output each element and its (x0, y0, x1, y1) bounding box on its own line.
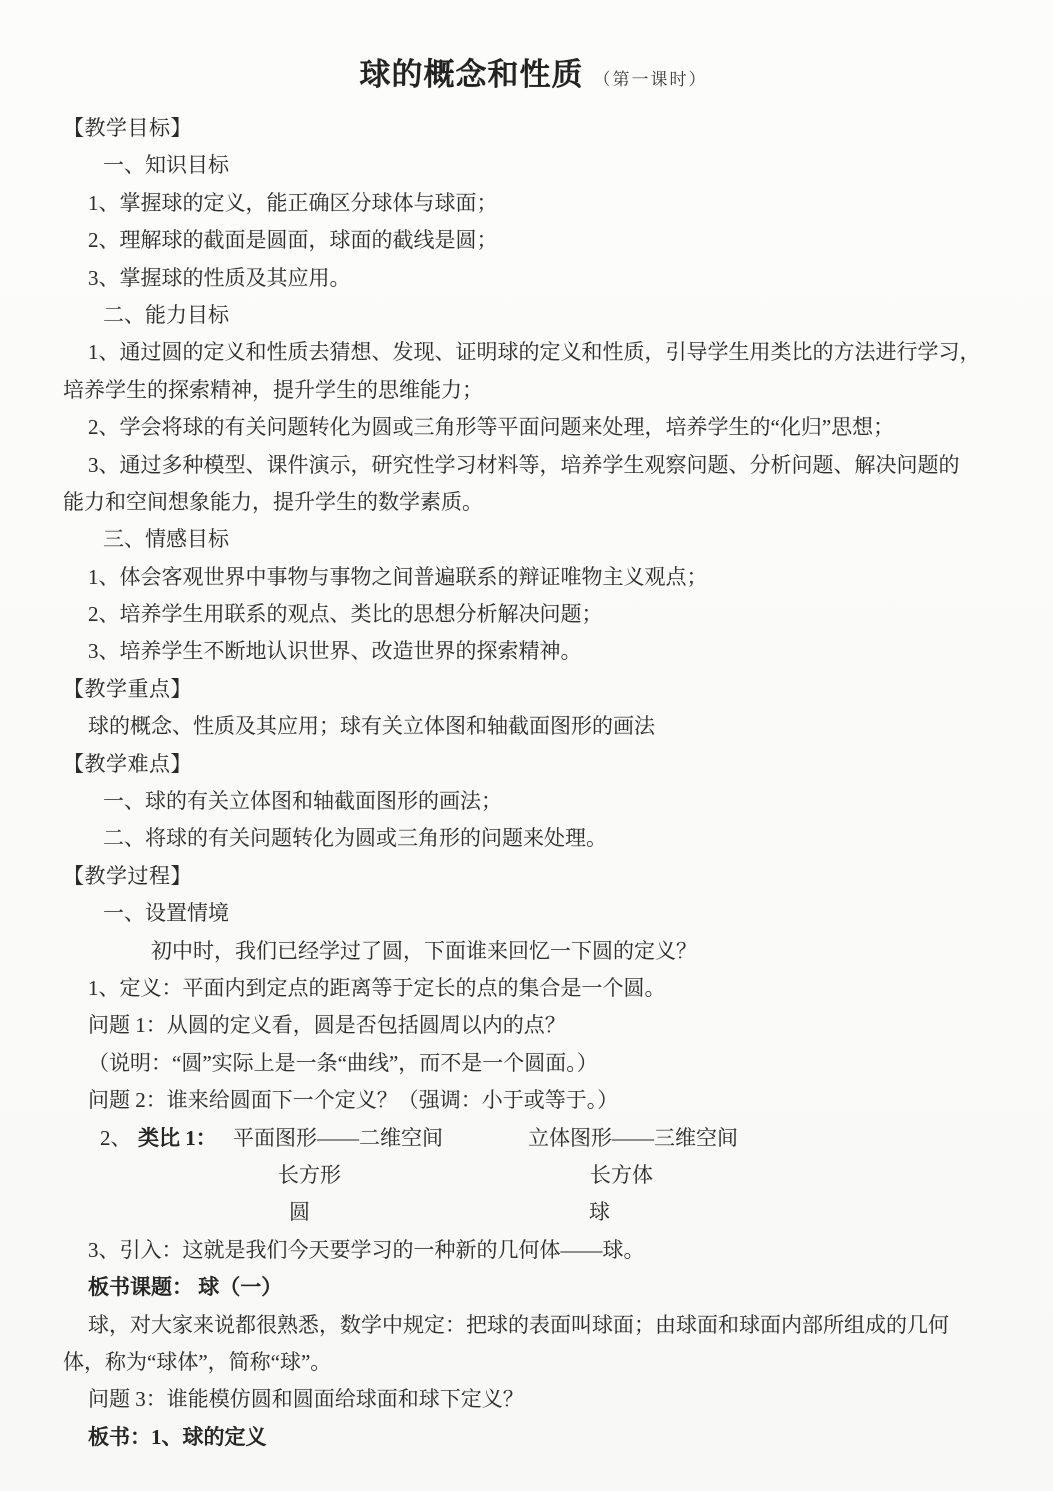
doc-line: 能力和空间想象能力，提升学生的数学素质。 (63, 484, 1005, 521)
doc-line: 初中时，我们已经学过了圆，下面谁来回忆一下圆的定义？ (63, 933, 1005, 970)
question-1-line: 问题 1：从圆的定义看，圆是否包括圆周以内的点？ (63, 1007, 1005, 1044)
analogy-row-rectangle: 长方形 长方体 (63, 1157, 1005, 1194)
subsection-ability-goals: 二、能力目标 (63, 297, 1005, 334)
doc-line: 3、培养学生不断地认识世界、改造世界的探索精神。 (63, 633, 1005, 670)
doc-line: 1、体会客观世界中事物与事物之间普遍联系的辩证唯物主义观点； (63, 559, 1005, 596)
subsection-scene-setting: 一、设置情境 (63, 895, 1005, 932)
circle-definition-line: 1、定义：平面内到定点的距离等于定长的点的集合是一个圆。 (63, 970, 1005, 1007)
doc-line: 1、通过圆的定义和性质去猜想、发现、证明球的定义和性质，引导学生用类比的方法进行… (63, 334, 1005, 371)
blackboard-topic-line: 板书课题： 球（一） (63, 1269, 1005, 1306)
section-header-teaching-difficulties: 【教学难点】 (63, 746, 1005, 783)
analogy-row-circle: 圆 球 (63, 1194, 1005, 1231)
section-header-teaching-objectives: 【教学目标】 (63, 110, 1005, 147)
analogy-solid-item-cuboid: 长方体 (590, 1157, 653, 1194)
doc-line: 2、理解球的截面是圆面，球面的截线是圆； (63, 222, 1005, 259)
analogy-item-number: 2、 (100, 1120, 132, 1157)
blackboard-definition-line: 板书：1、球的定义 (63, 1419, 1005, 1456)
lesson-plan-page: 球的概念和性质（第一课时） 【教学目标】 一、知识目标 1、掌握球的定义，能正确… (0, 0, 1053, 1491)
document-body: 【教学目标】 一、知识目标 1、掌握球的定义，能正确区分球体与球面； 2、理解球… (63, 110, 1005, 1456)
section-header-teaching-process: 【教学过程】 (63, 858, 1005, 895)
document-title: 球的概念和性质 (360, 57, 584, 92)
doc-line: 2、学会将球的有关问题转化为圆或三角形等平面问题来处理，培养学生的“化归”思想； (63, 409, 1005, 446)
doc-line: 培养学生的探索精神，提升学生的思维能力； (63, 372, 1005, 409)
analogy-label: 类比 1： (138, 1120, 217, 1157)
doc-line: 3、引入：这就是我们今天要学习的一种新的几何体——球。 (63, 1232, 1005, 1269)
subsection-emotional-goals: 三、情感目标 (63, 521, 1005, 558)
doc-line: 一、球的有关立体图和轴截面图形的画法； (63, 783, 1005, 820)
doc-line: 体，称为“球体”，简称“球”。 (63, 1344, 1005, 1381)
doc-line: 3、通过多种模型、课件演示，研究性学习材料等，培养学生观察问题、分析问题、解决问… (63, 447, 1005, 484)
section-header-teaching-key-points: 【教学重点】 (63, 671, 1005, 708)
subsection-knowledge-goals: 一、知识目标 (63, 147, 1005, 184)
doc-line: 球的概念、性质及其应用；球有关立体图和轴截面图形的画法 (63, 708, 1005, 745)
doc-line: 球，对大家来说都很熟悉，数学中规定：把球的表面叫球面；由球面和球面内部所组成的几… (63, 1307, 1005, 1344)
title-row: 球的概念和性质（第一课时） (0, 0, 1053, 98)
question-3-line: 问题 3：谁能模仿圆和圆面给球面和球下定义？ (63, 1381, 1005, 1418)
analogy-plane-item-rectangle: 长方形 (278, 1157, 341, 1194)
doc-line: 3、掌握球的性质及其应用。 (63, 260, 1005, 297)
analogy-plane-item-circle: 圆 (289, 1194, 310, 1231)
doc-line: 1、掌握球的定义，能正确区分球体与球面； (63, 185, 1005, 222)
doc-line: 2、培养学生用联系的观点、类比的思想分析解决问题； (63, 596, 1005, 633)
analogy-solid-item-sphere: 球 (589, 1194, 610, 1231)
doc-line: 二、将球的有关问题转化为圆或三角形的问题来处理。 (63, 820, 1005, 857)
question-2-line: 问题 2：谁来给圆面下一个定义？（强调：小于或等于。） (63, 1082, 1005, 1119)
course-session-note: （第一课时） (594, 70, 708, 89)
doc-line: （说明：“圆”实际上是一条“曲线”，而不是一个圆面。） (63, 1045, 1005, 1082)
analogy-plane-header: 平面图形——二维空间 (233, 1120, 443, 1157)
analogy-header-row: 2、 类比 1： 平面图形——二维空间 立体图形——三维空间 (63, 1120, 1005, 1157)
analogy-solid-header: 立体图形——三维空间 (528, 1120, 738, 1157)
